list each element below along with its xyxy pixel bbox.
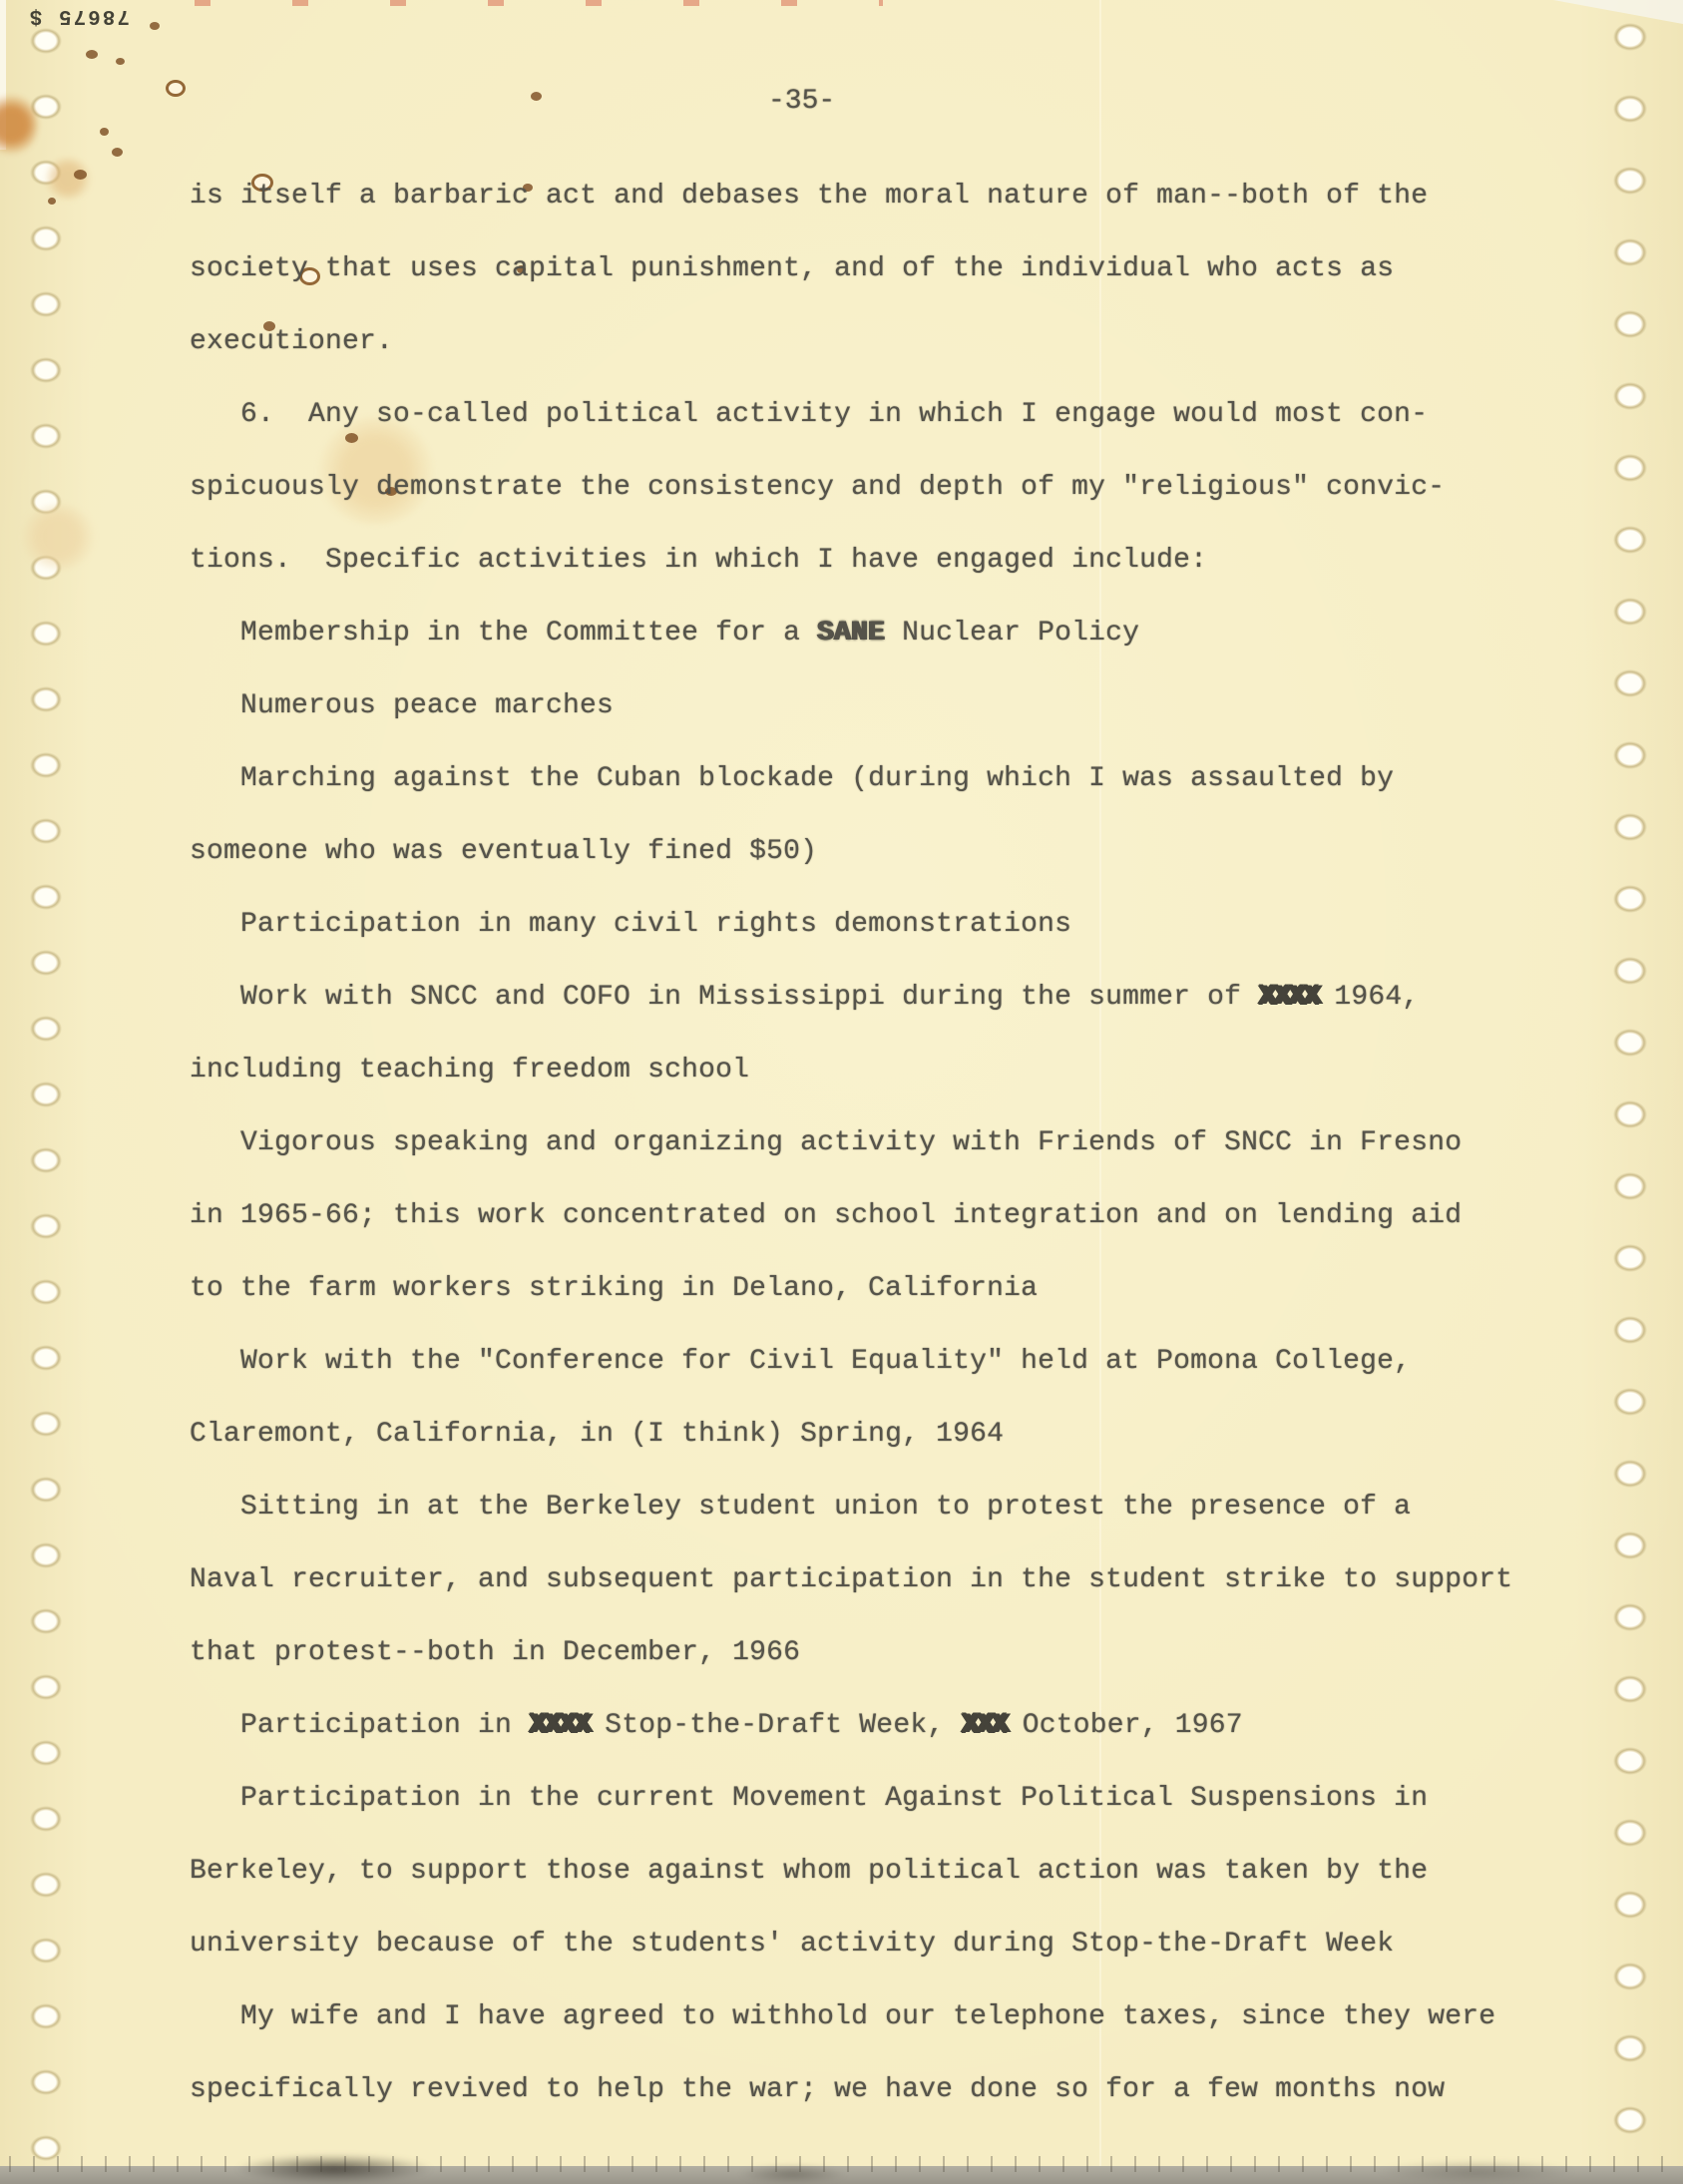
text-segment: Nuclear Policy (885, 618, 1139, 649)
text-segment: specifically revived to help the war; we… (190, 2074, 1445, 2105)
paper-speck (100, 128, 109, 136)
document-line: specifically revived to help the war; we… (190, 2053, 1586, 2126)
paper-speck (86, 50, 98, 59)
text-segment: executioner. (190, 326, 393, 357)
punch-holes-left (24, 8, 68, 2184)
text-segment: Work with the "Conference for Civil Equa… (240, 1346, 1411, 1377)
document-line: Berkeley, to support those against whom … (190, 1835, 1586, 1908)
text-segment: 1964, (1317, 982, 1419, 1013)
document-line: spicuously demonstrate the consistency a… (190, 451, 1586, 524)
text-segment: society that uses capital punishment, an… (190, 253, 1394, 284)
document-line: is itself a barbaric act and debases the… (190, 160, 1586, 232)
document-line: Work with the "Conference for Civil Equa… (190, 1325, 1586, 1398)
document-line: Participation in many civil rights demon… (190, 888, 1586, 961)
document-line: Marching against the Cuban blockade (dur… (190, 742, 1586, 815)
document-line: Claremont, California, in (I think) Spri… (190, 1398, 1586, 1471)
scan-edge-left (0, 0, 6, 150)
page-number: -35- (768, 86, 835, 117)
text-segment: to the farm workers striking in Delano, … (190, 1273, 1038, 1304)
struck-out-text: XXX (961, 1710, 1005, 1741)
document-line: Work with SNCC and COFO in Mississippi d… (190, 961, 1586, 1034)
paper-chip (166, 80, 186, 97)
text-segment: Work with SNCC and COFO in Mississippi d… (240, 982, 1258, 1013)
text-segment: tions. Specific activities in which I ha… (190, 545, 1207, 576)
text-segment: Vigorous speaking and organizing activit… (240, 1127, 1462, 1158)
struck-out-text: XXXX (529, 1710, 588, 1741)
document-line: Vigorous speaking and organizing activit… (190, 1106, 1586, 1179)
text-segment: Sitting in at the Berkeley student union… (240, 1492, 1411, 1523)
document-line: Membership in the Committee for a SANE N… (190, 597, 1586, 669)
text-segment: Berkeley, to support those against whom … (190, 1856, 1428, 1887)
document-line: Participation in the current Movement Ag… (190, 1762, 1586, 1835)
text-segment: Membership in the Committee for a (240, 618, 817, 649)
text-segment: October, 1967 (1006, 1710, 1243, 1741)
text-segment: SANE (817, 618, 885, 649)
document-line: executioner. (190, 305, 1586, 378)
text-segment: My wife and I have agreed to withhold ou… (240, 2001, 1495, 2032)
document-line: society that uses capital punishment, an… (190, 232, 1586, 305)
document-line: tions. Specific activities in which I ha… (190, 524, 1586, 597)
text-segment: Stop-the-Draft Week, (588, 1710, 961, 1741)
text-segment: 6. Any so-called political activity in w… (240, 399, 1428, 430)
document-line: Naval recruiter, and subsequent particip… (190, 1543, 1586, 1616)
text-segment: Claremont, California, in (I think) Spri… (190, 1419, 1004, 1450)
paper-speck (531, 92, 542, 101)
document-line: including teaching freedom school (190, 1034, 1586, 1106)
paper-speck (112, 148, 123, 157)
text-segment: Participation in (240, 1710, 529, 1741)
punch-holes-right (1604, 0, 1652, 2184)
text-segment: Participation in the current Movement Ag… (240, 1783, 1428, 1814)
text-segment: including teaching freedom school (190, 1055, 749, 1086)
torn-bottom-fibers (0, 2156, 1683, 2172)
text-segment: university because of the students' acti… (190, 1929, 1394, 1960)
scanned-document-page: 78675 $ -35- is itself a barbaric act an… (0, 0, 1683, 2184)
document-line: to the farm workers striking in Delano, … (190, 1252, 1586, 1325)
paper-speck (74, 170, 87, 180)
text-segment: is itself a barbaric act and debases the… (190, 181, 1428, 212)
document-line: My wife and I have agreed to withhold ou… (190, 1980, 1586, 2053)
red-ink-remnants (195, 0, 883, 6)
accession-stamp: 78675 $ (20, 4, 130, 27)
paper-speck (116, 58, 125, 65)
document-line: in 1965-66; this work concentrated on sc… (190, 1179, 1586, 1252)
document-line: Numerous peace marches (190, 669, 1586, 742)
document-line: 6. Any so-called political activity in w… (190, 378, 1586, 451)
document-line: Participation in XXXX Stop-the-Draft Wee… (190, 1689, 1586, 1762)
struck-out-text: XXXX (1258, 982, 1317, 1013)
text-segment: someone who was eventually fined $50) (190, 836, 817, 867)
text-segment: Marching against the Cuban blockade (dur… (240, 763, 1394, 794)
text-segment: Naval recruiter, and subsequent particip… (190, 1564, 1512, 1595)
text-segment: Numerous peace marches (240, 690, 614, 721)
text-segment: Participation in many civil rights demon… (240, 909, 1071, 940)
document-text: is itself a barbaric act and debases the… (190, 160, 1586, 2126)
document-line: that protest--both in December, 1966 (190, 1616, 1586, 1689)
text-segment: spicuously demonstrate the consistency a… (190, 472, 1445, 503)
document-line: someone who was eventually fined $50) (190, 815, 1586, 888)
text-segment: in 1965-66; this work concentrated on sc… (190, 1200, 1462, 1231)
text-segment: that protest--both in December, 1966 (190, 1637, 800, 1668)
paper-speck (150, 22, 160, 30)
document-line: university because of the students' acti… (190, 1908, 1586, 1980)
document-line: Sitting in at the Berkeley student union… (190, 1471, 1586, 1543)
